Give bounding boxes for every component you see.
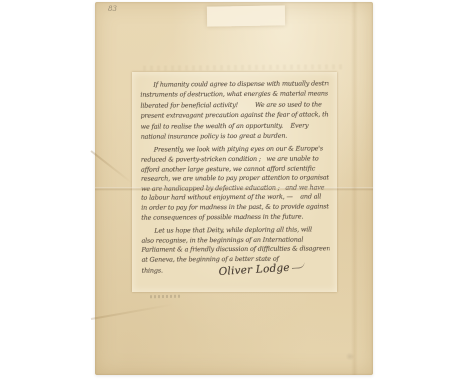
letter-sheet: If humanity could agree to dispense with… — [132, 72, 337, 292]
letter-paragraph: Presently, we look with pitying eyes on … — [141, 145, 330, 223]
vertical-crease-right — [351, 2, 358, 375]
diagonal-crease-bottom-left — [91, 303, 174, 320]
diagonal-crease-left — [90, 150, 132, 184]
closing-row: things. Oliver Lodge — [142, 265, 330, 276]
album-page: 83 If humanity could agree to dispense w… — [95, 2, 373, 375]
pencil-page-number: 83 — [108, 5, 117, 13]
letter-line: the consequences of possible madness in … — [141, 212, 329, 223]
signature-flourish — [292, 262, 305, 269]
ghost-text-impression — [143, 64, 345, 70]
letter-paragraph: Let us hope that Deity, while deploring … — [141, 226, 329, 277]
letter-text: If humanity could agree to dispense with… — [140, 78, 329, 280]
tape-residue — [207, 5, 285, 26]
letter-line: national insurance policy is too great a… — [141, 130, 329, 142]
pencil-date-notation — [150, 295, 180, 299]
closing-word: things. — [142, 266, 163, 276]
letter-paragraph: If humanity could agree to dispense with… — [140, 78, 328, 142]
